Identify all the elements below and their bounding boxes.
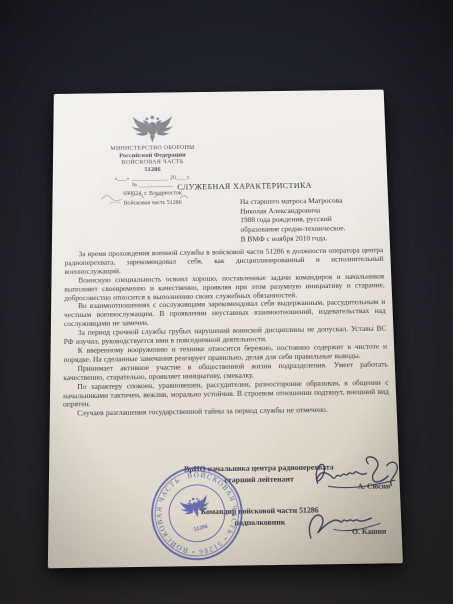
body-text: За время прохождения военной службы в во… [63, 246, 390, 419]
addressee-line: В ВМФ с ноября 2010 года. [241, 232, 397, 243]
stamp-eagle-icon [179, 494, 213, 521]
document-title: СЛУЖЕБНАЯ ХАРАКТЕРИСТИКА [168, 181, 321, 192]
letterhead-unit-number: 51286 [90, 165, 215, 174]
body-paragraph: Случаев разглашения государственной тайн… [63, 405, 390, 419]
coat-of-arms-eagle-icon [130, 115, 175, 144]
handwritten-date-scrawl [98, 189, 206, 206]
document-paper: МИНИСТЕРСТВО ОБОРОНЫ Российской Федераци… [48, 90, 403, 569]
signer-name-first: А. Сюсин [358, 481, 391, 491]
stamp-center-number: 51286 [193, 523, 209, 533]
signature-ink-second [302, 501, 390, 547]
signer-name-second: О. Кашин [352, 526, 387, 536]
addressee-block: На старшего матроса Матросова Николая Ал… [240, 195, 397, 244]
signature-ink-first [307, 453, 407, 498]
photo-background: МИНИСТЕРСТВО ОБОРОНЫ Российской Федераци… [0, 0, 453, 604]
